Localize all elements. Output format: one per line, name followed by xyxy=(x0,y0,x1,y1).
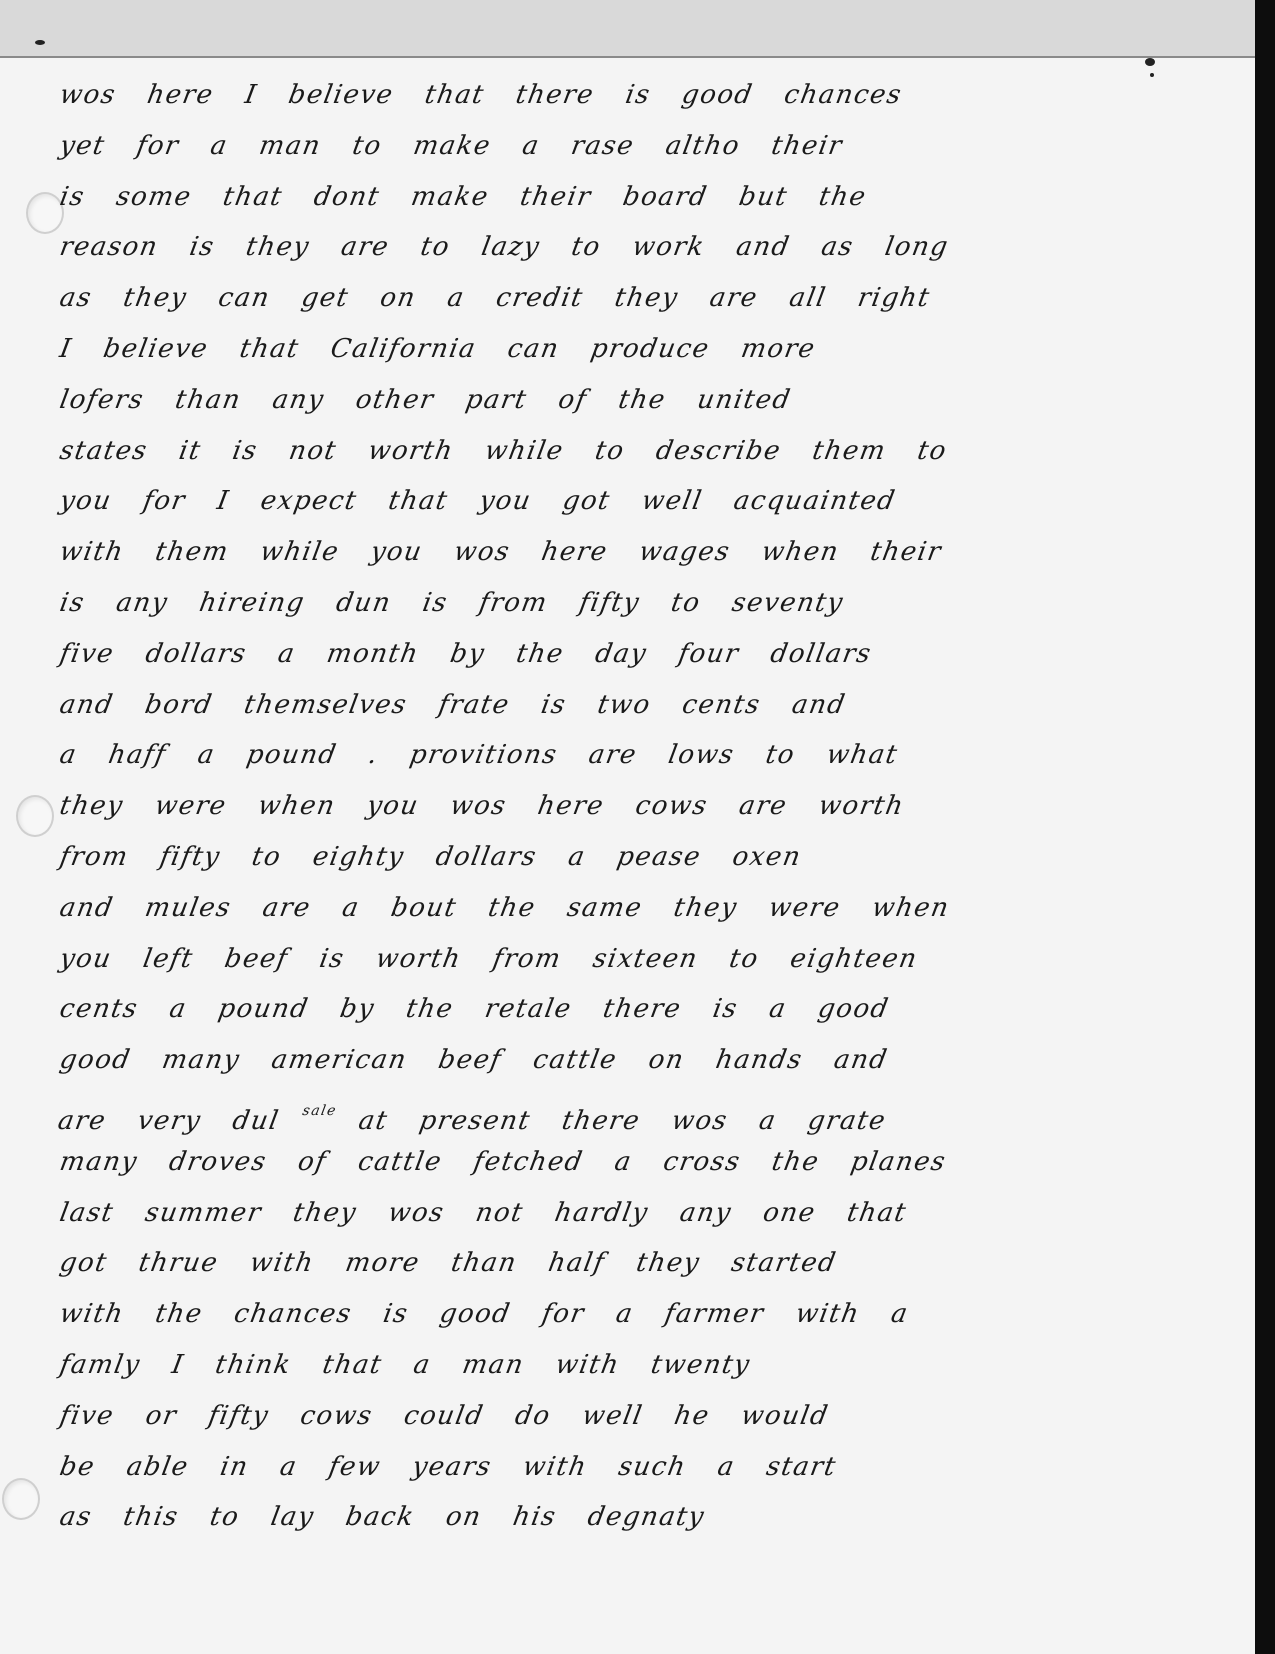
letter-line: good many american beef cattle on hands … xyxy=(56,1035,1185,1086)
letter-line: you for I expect that you got well acqua… xyxy=(56,476,1185,527)
letter-line: as this to lay back on his degnaty xyxy=(56,1492,1185,1543)
letter-line: five or fifty cows could do well he woul… xyxy=(56,1391,1185,1442)
letter-line: is some that dont make their board but t… xyxy=(56,172,1185,223)
letter-line: lofers than any other part of the united xyxy=(56,375,1185,426)
letter-line: you left beef is worth from sixteen to e… xyxy=(56,934,1185,985)
letter-body: wos here I believe that there is good ch… xyxy=(60,70,1180,1543)
letter-line: and mules are a bout the same they were … xyxy=(56,883,1185,934)
letter-line: a haff a pound . provitions are lows to … xyxy=(56,730,1185,781)
letter-line: I believe that California can produce mo… xyxy=(56,324,1185,375)
letter-line: five dollars a month by the day four dol… xyxy=(56,629,1185,680)
letter-line: got thrue with more than half they start… xyxy=(56,1238,1185,1289)
scanner-border xyxy=(1255,0,1275,1654)
letter-line: from fifty to eighty dollars a pease oxe… xyxy=(56,832,1185,883)
letter-line: be able in a few years with such a start xyxy=(56,1442,1185,1493)
letter-line: reason is they are to lazy to work and a… xyxy=(56,222,1185,273)
ink-blot xyxy=(35,40,45,45)
binder-hole-icon xyxy=(2,1478,40,1520)
letter-line: wos here I believe that there is good ch… xyxy=(56,70,1185,121)
letter-line: many droves of cattle fetched a cross th… xyxy=(56,1137,1185,1188)
letter-line-with-insertion: are very dul sale at present there wos a… xyxy=(56,1086,1185,1137)
letter-line: yet for a man to make a rase altho their xyxy=(56,121,1185,172)
letter-line: with them while you wos here wages when … xyxy=(56,527,1185,578)
letter-line: cents a pound by the retale there is a g… xyxy=(56,984,1185,1035)
letter-line: with the chances is good for a farmer wi… xyxy=(56,1289,1185,1340)
letter-line: is any hireing dun is from fifty to seve… xyxy=(56,578,1185,629)
line-text-before: are very dul xyxy=(56,1106,282,1136)
letter-line: as they can get on a credit they are all… xyxy=(56,273,1185,324)
underlying-sheet xyxy=(0,0,1260,60)
inserted-word: sale xyxy=(301,1103,338,1119)
binder-hole-icon xyxy=(16,795,54,837)
letter-line: last summer they wos not hardly any one … xyxy=(56,1188,1185,1239)
letter-line: and bord themselves frate is two cents a… xyxy=(56,680,1185,731)
letter-line: states it is not worth while to describe… xyxy=(56,426,1185,477)
letter-line: they were when you wos here cows are wor… xyxy=(56,781,1185,832)
letter-line: famly I think that a man with twenty xyxy=(56,1340,1185,1391)
ink-blot xyxy=(1145,58,1155,66)
line-text-after: at present there wos a grate xyxy=(356,1106,889,1136)
